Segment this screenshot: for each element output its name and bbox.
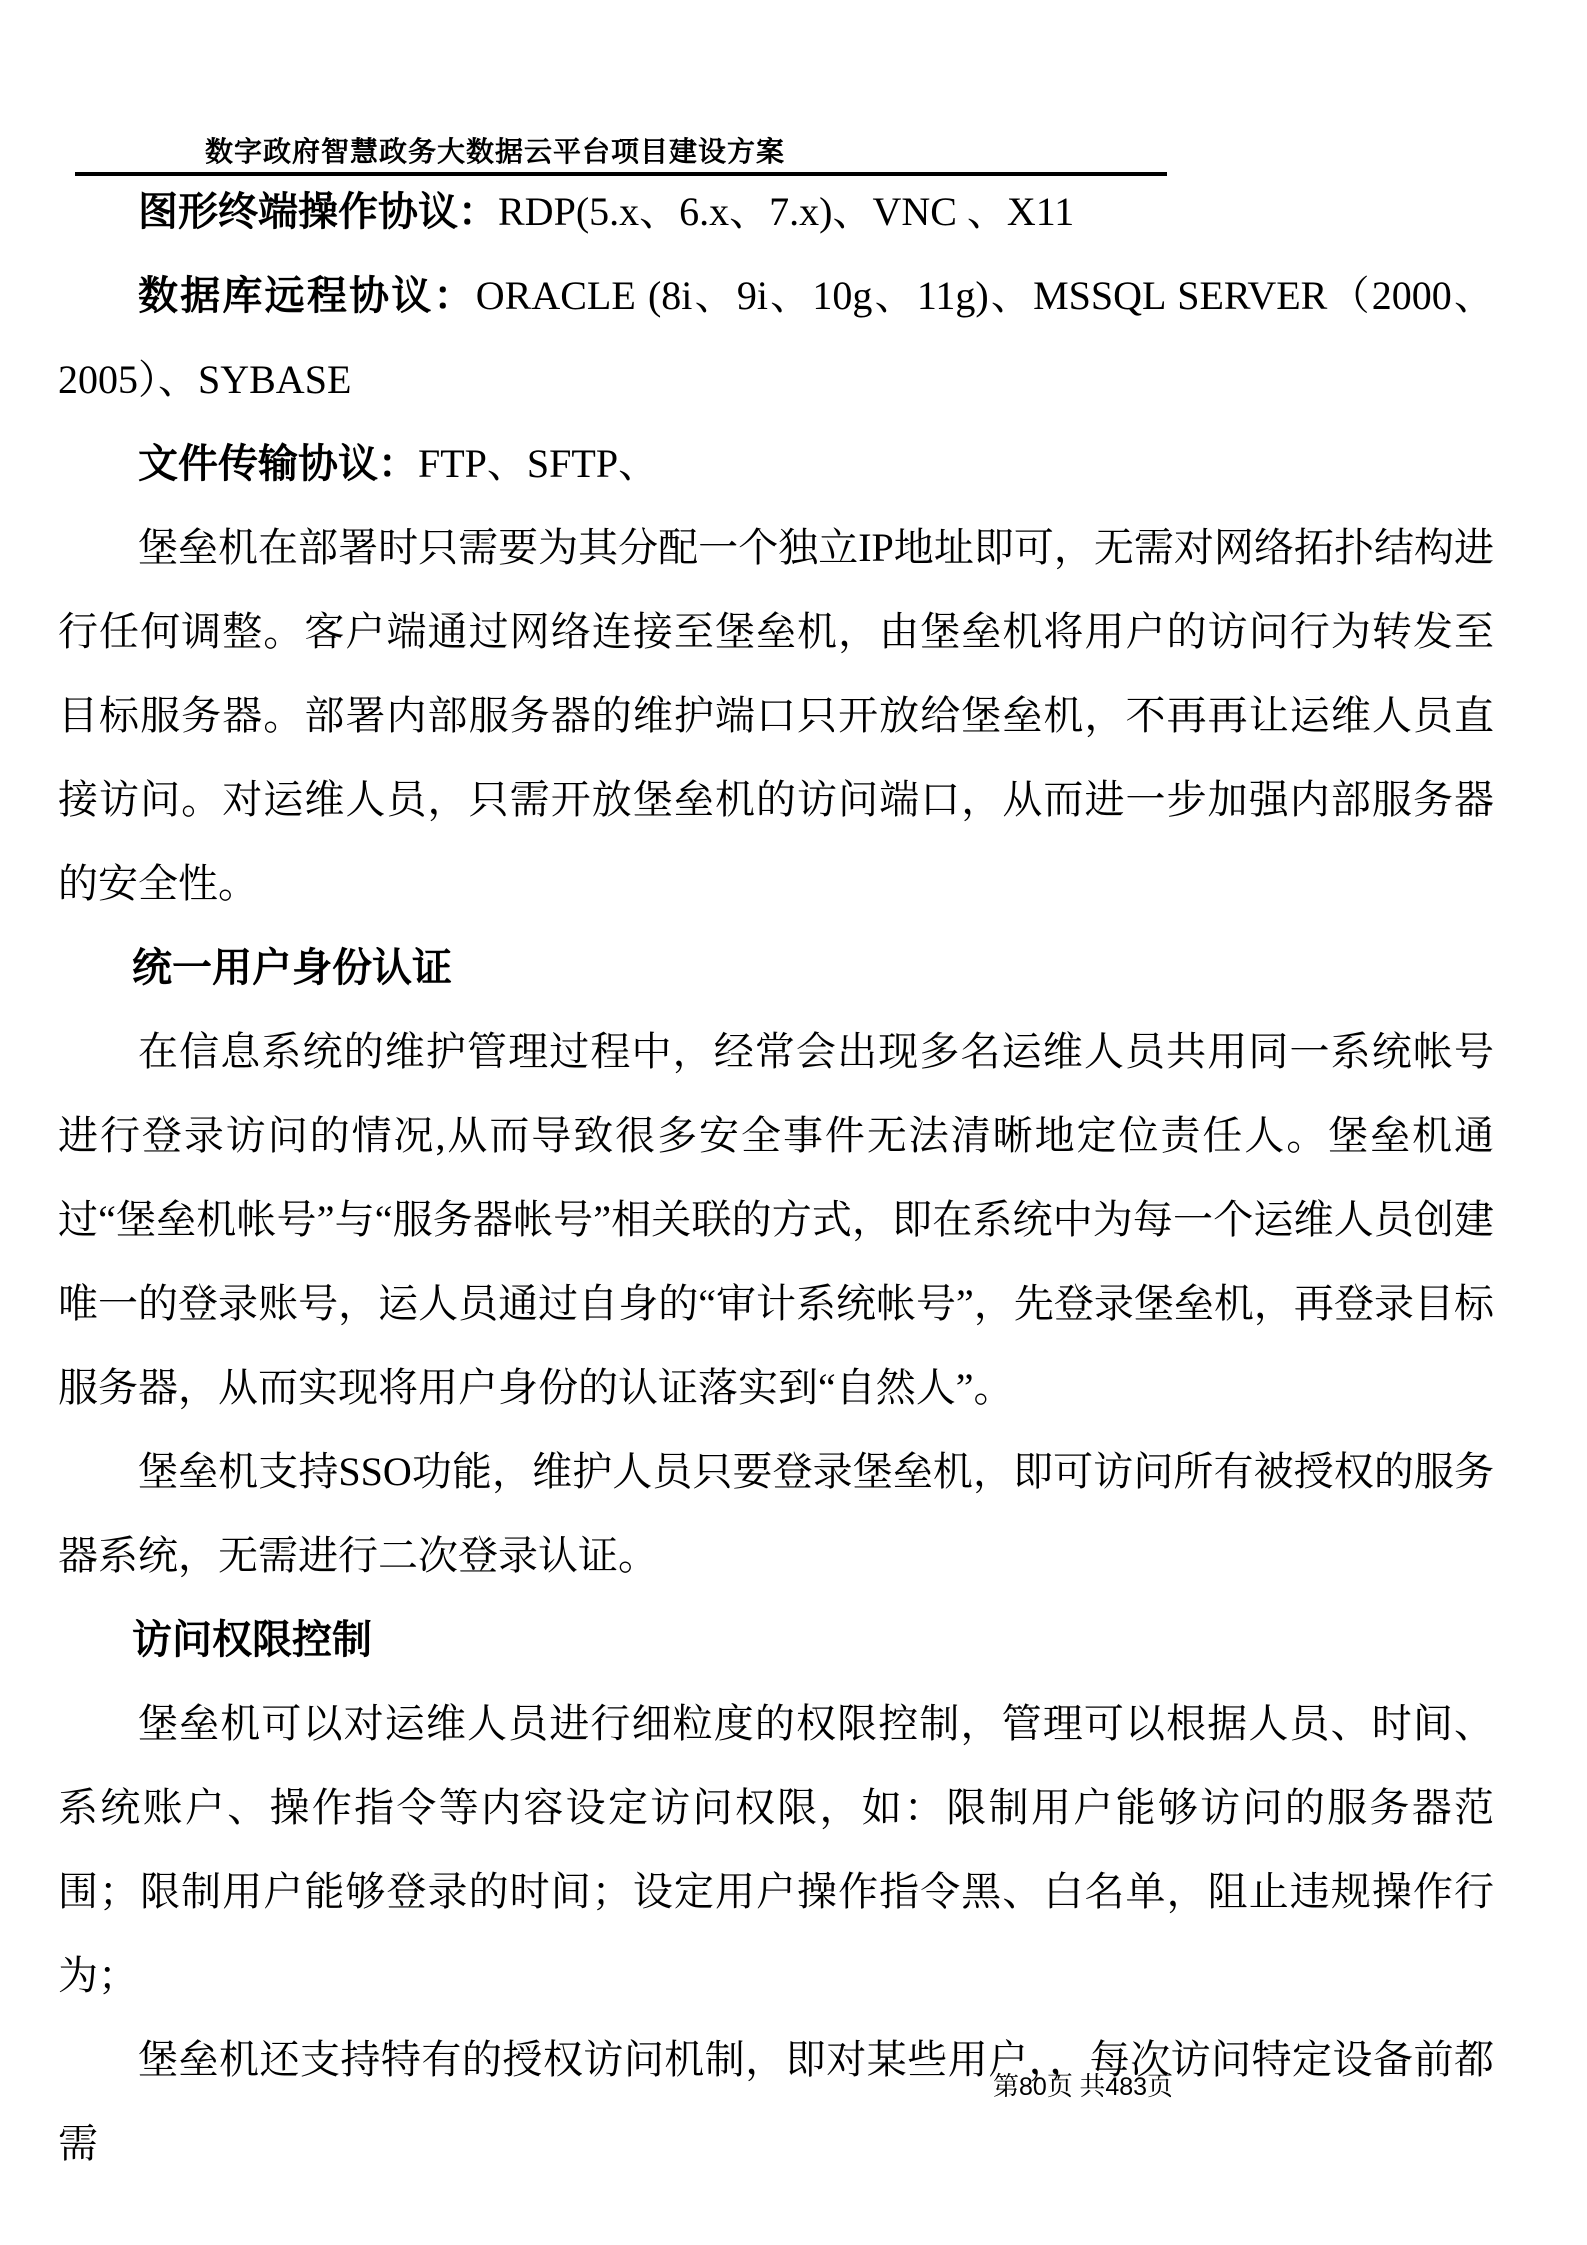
paragraph-text: 统一用户身份认证	[132, 945, 452, 990]
document-body: 图形终端操作协议：RDP(5.x、6.x、7.x)、VNC 、X11数据库远程协…	[58, 170, 1494, 2186]
footer-total-unit: 页	[1147, 2072, 1173, 2101]
section-heading: 访问权限控制	[58, 1598, 1494, 1682]
paragraph-label: 文件传输协议：	[138, 441, 418, 486]
paragraph-text: FTP、SFTP、	[418, 441, 658, 486]
paragraph-label: 数据库远程协议：	[138, 273, 476, 318]
paragraph-text: 堡垒机在部署时只需要为其分配一个独立IP地址即可，无需对网络拓扑结构进行任何调整…	[58, 525, 1494, 906]
paragraph: 堡垒机在部署时只需要为其分配一个独立IP地址即可，无需对网络拓扑结构进行任何调整…	[58, 506, 1494, 926]
paragraph-label: 图形终端操作协议：	[138, 189, 498, 234]
footer-total-number: 483	[1105, 2073, 1147, 2101]
paragraph-text: 访问权限控制	[132, 1617, 372, 1662]
paragraph: 堡垒机还支持特有的授权访问机制，即对某些用户，，每次访问特定设备前都需	[58, 2018, 1494, 2186]
paragraph: 图形终端操作协议：RDP(5.x、6.x、7.x)、VNC 、X11	[58, 170, 1494, 254]
section-heading: 统一用户身份认证	[58, 926, 1494, 1010]
paragraph-text: RDP(5.x、6.x、7.x)、VNC 、X11	[498, 189, 1074, 234]
footer-total-prefix: 共	[1079, 2072, 1105, 2101]
paragraph-text: 堡垒机还支持特有的授权访问机制，即对某些用户，，每次访问特定设备前都需	[58, 2037, 1494, 2166]
paragraph-text: 在信息系统的维护管理过程中，经常会出现多名运维人员共用同一系统帐号进行登录访问的…	[58, 1029, 1494, 1410]
paragraph-text: 堡垒机可以对运维人员进行细粒度的权限控制，管理可以根据人员、时间、系统账户、操作…	[58, 1701, 1494, 1998]
paragraph-text: 堡垒机支持SSO功能，维护人员只要登录堡垒机，即可访问所有被授权的服务器系统，无…	[58, 1449, 1494, 1578]
footer-page-number: 80	[1019, 2073, 1047, 2101]
footer-page-unit: 页	[1047, 2072, 1073, 2101]
document-title: 数字政府智慧政务大数据云平台项目建设方案	[205, 130, 785, 170]
page-footer: 第80页 共483页	[993, 2066, 1173, 2103]
paragraph: 文件传输协议：FTP、SFTP、	[58, 422, 1494, 506]
paragraph: 在信息系统的维护管理过程中，经常会出现多名运维人员共用同一系统帐号进行登录访问的…	[58, 1010, 1494, 1430]
footer-page-prefix: 第	[993, 2072, 1019, 2101]
document-page: 数字政府智慧政务大数据云平台项目建设方案 图形终端操作协议：RDP(5.x、6.…	[0, 0, 1587, 2245]
paragraph: 堡垒机可以对运维人员进行细粒度的权限控制，管理可以根据人员、时间、系统账户、操作…	[58, 1682, 1494, 2018]
paragraph: 堡垒机支持SSO功能，维护人员只要登录堡垒机，即可访问所有被授权的服务器系统，无…	[58, 1430, 1494, 1598]
paragraph: 数据库远程协议：ORACLE (8i、9i、10g、11g)、MSSQL SER…	[58, 254, 1494, 422]
